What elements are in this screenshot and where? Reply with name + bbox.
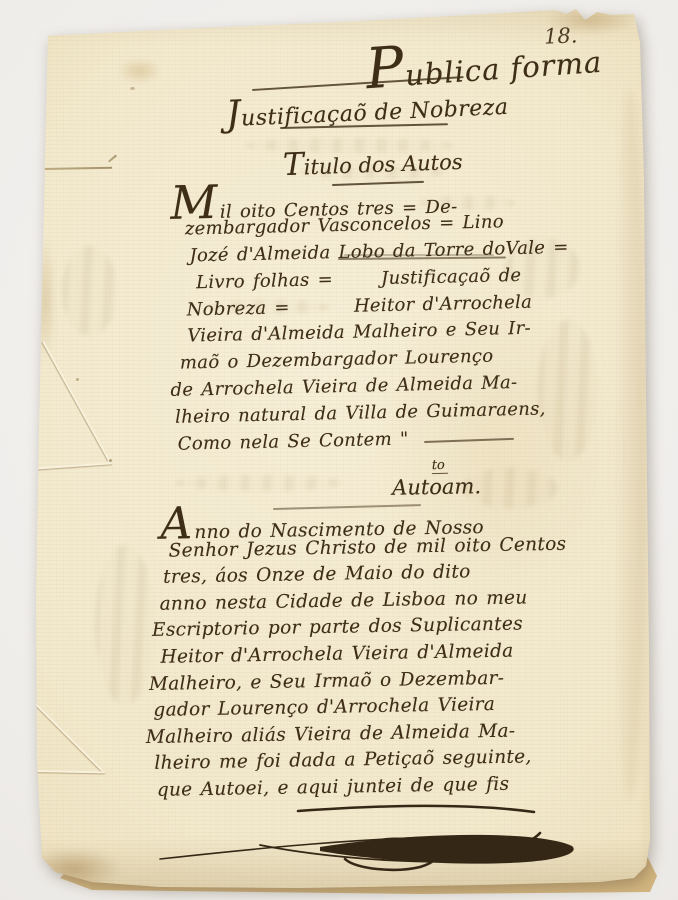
- auto-heading: to Autoam.: [392, 457, 482, 500]
- auto-heading-word: Autoam.: [392, 474, 481, 500]
- bleed-through-ink: [538, 320, 598, 460]
- ink-speck: [109, 459, 112, 462]
- bleed-through-ink: [175, 475, 345, 491]
- bleed-through-ink: [62, 246, 117, 336]
- paragraph-1: Mil oito Centos tres = De-zembargador Va…: [164, 182, 530, 459]
- name-underline-2: [344, 254, 494, 256]
- stain: [118, 58, 162, 84]
- paper-fiber: [130, 87, 135, 90]
- stain: [614, 90, 646, 800]
- manuscript-page: 18. Publica forma Justificaçaõ de Nobrez…: [0, 0, 678, 900]
- ink-speck: [76, 378, 79, 381]
- paper-sheet: 18. Publica forma Justificaçaõ de Nobrez…: [0, 0, 678, 900]
- paragraph-2: Anno do Nascimento de NossoSenhor Jezus …: [146, 505, 559, 805]
- stain: [26, 848, 121, 890]
- bottom-ink-flourish: [140, 803, 580, 895]
- section-heading: Titulo dos Autos: [283, 145, 463, 182]
- photo-background: 18. Publica forma Justificaçaõ de Nobrez…: [0, 0, 678, 900]
- auto-heading-superscript: to: [432, 458, 448, 474]
